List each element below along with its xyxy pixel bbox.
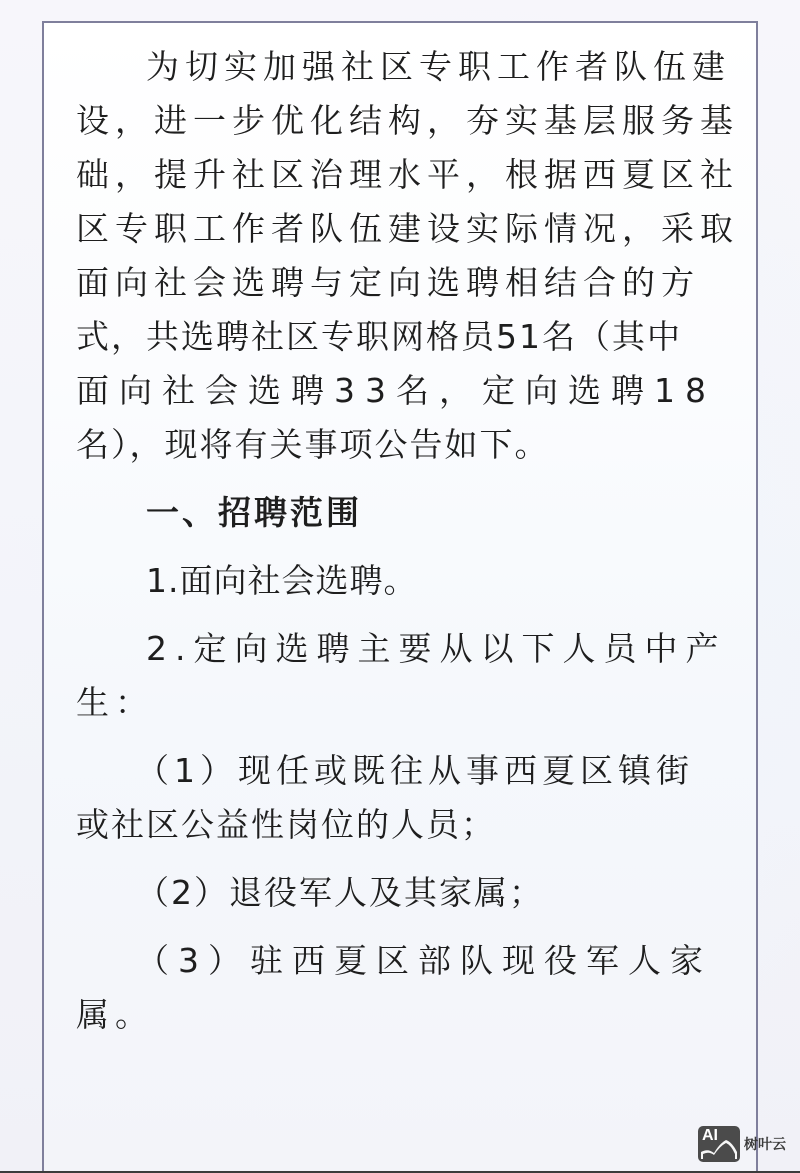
sub-item-3: （3）驻西夏区部队现役军人家 bbox=[76, 934, 724, 988]
list-item-2: 2.定向选聘主要从以下人员中产 bbox=[76, 622, 724, 676]
section-heading: 一、招聘范围 bbox=[76, 486, 724, 540]
document-body: 为切实加强社区专职工作者队伍建 设，进一步优化结构，夯实基层服务基 础，提升社区… bbox=[76, 40, 724, 1042]
sub-item-1: （1）现任或既往从事西夏区镇街 bbox=[76, 744, 724, 798]
ai-image-icon: AI bbox=[698, 1126, 740, 1162]
intro-line: 设，进一步优化结构，夯实基层服务基 bbox=[76, 94, 724, 148]
sub-item-2: （2）退役军人及其家属； bbox=[76, 866, 724, 920]
sub-item-1-continued: 或社区公益性岗位的人员； bbox=[76, 798, 724, 852]
list-item-2-continued: 生： bbox=[76, 676, 724, 730]
watermark: AI 树叶云 bbox=[698, 1126, 786, 1162]
intro-line: 面向社会选聘与定向选聘相结合的方 bbox=[76, 256, 724, 310]
list-item-1: 1.面向社会选聘。 bbox=[76, 554, 724, 608]
intro-line: 区专职工作者队伍建设实际情况，采取 bbox=[76, 202, 724, 256]
intro-line: 面向社会选聘33名，定向选聘18 bbox=[76, 364, 724, 418]
watermark-label: 树叶云 bbox=[744, 1134, 786, 1154]
intro-line: 础，提升社区治理水平，根据西夏区社 bbox=[76, 148, 724, 202]
intro-line: 为切实加强社区专职工作者队伍建 bbox=[76, 40, 724, 94]
sub-item-3-continued: 属。 bbox=[76, 988, 724, 1042]
intro-line: 名），现将有关事项公告如下。 bbox=[76, 418, 724, 472]
intro-line: 式，共选聘社区专职网格员51名（其中 bbox=[76, 310, 724, 364]
